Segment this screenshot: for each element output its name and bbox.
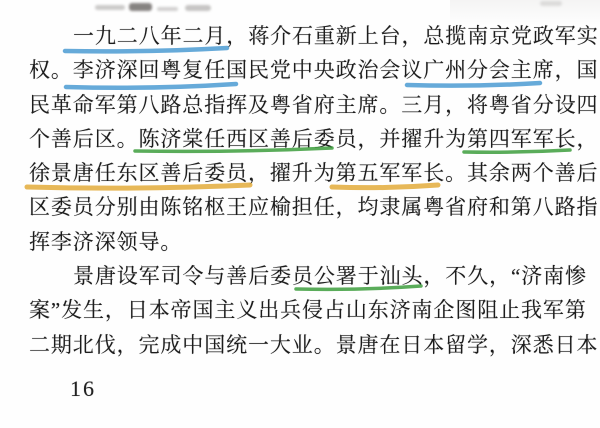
text-line: 权。李济深回粤复任国民党中央政治会议广州分会主席，国 bbox=[29, 53, 600, 87]
text-line: 民革命军第八路总指挥及粤省府主席。三月，将粤省分设四 bbox=[29, 88, 600, 122]
text-line: 一九二八年二月，蒋介石重新上台，总揽南京党政军实 bbox=[29, 19, 600, 53]
text-line: 挥李济深领导。 bbox=[29, 225, 600, 259]
scan-smudge bbox=[185, 5, 211, 11]
text-line: 景唐设军司令与善后委员公署于汕头，不久，“济南惨 bbox=[29, 259, 600, 293]
scan-smudge bbox=[95, 5, 125, 10]
scan-smudge bbox=[129, 3, 152, 11]
text-line: 个善后区。陈济棠任西区善后委员，并擢升为第四军军长， bbox=[29, 122, 600, 156]
scan-smudge bbox=[157, 7, 178, 11]
text-line: 二期北伐，完成中国统一大业。景唐在日本留学，深悉日本 bbox=[29, 328, 600, 362]
text-line: 徐景唐任东区善后委员，擢升为第五军军长。其余两个善后 bbox=[29, 156, 600, 190]
body-text: 一九二八年二月，蒋介石重新上台，总揽南京党政军实 权。李济深回粤复任国民党中央政… bbox=[29, 19, 600, 362]
book-page-scan: 一九二八年二月，蒋介石重新上台，总揽南京党政军实 权。李济深回粤复任国民党中央政… bbox=[0, 0, 600, 428]
text-line: 案”发生，日本帝国主义出兵侵占山东济南企图阻止我军第 bbox=[29, 293, 600, 327]
page-number: 16 bbox=[70, 376, 96, 402]
text-line: 区委员分别由陈铭枢王应榆担任，均隶属粤省府和第八路指 bbox=[29, 190, 600, 224]
scan-smudge bbox=[540, 1, 562, 6]
